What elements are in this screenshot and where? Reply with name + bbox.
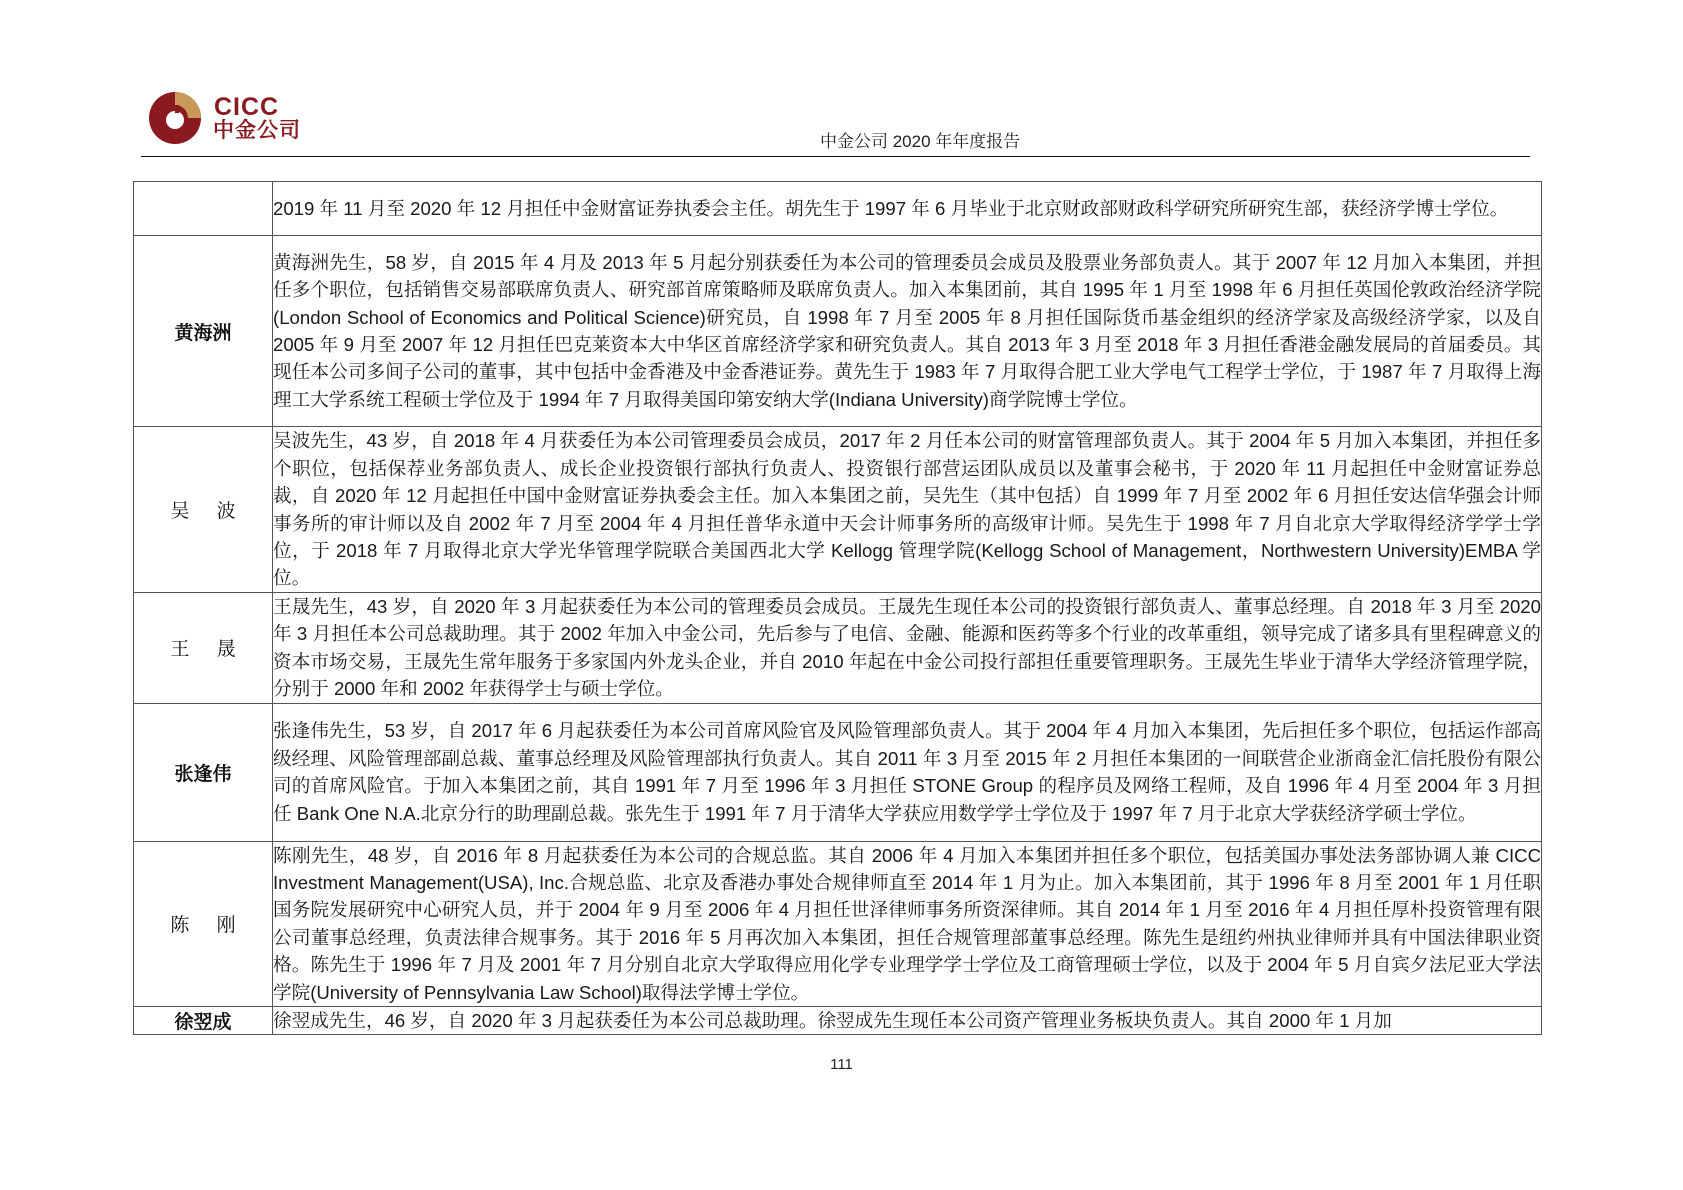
name-cell: 张逢伟 bbox=[134, 703, 273, 841]
table-row: 吴 波 吴波先生，43 岁，自 2018 年 4 月获委任为本公司管理委员会成员… bbox=[134, 427, 1542, 593]
bio-text-cell: 吴波先生，43 岁，自 2018 年 4 月获委任为本公司管理委员会成员，201… bbox=[273, 427, 1542, 593]
logo-text-cn: 中金公司 bbox=[213, 119, 301, 143]
name-cell: 陈 刚 bbox=[134, 841, 273, 1006]
name-cell bbox=[134, 182, 273, 236]
logo-text-en: CICC bbox=[214, 95, 279, 120]
page-number: 111 bbox=[0, 1056, 1683, 1073]
cicc-logo: CICC 中金公司 bbox=[148, 91, 308, 149]
table-row: 徐翌成 徐翌成先生，46 岁，自 2020 年 3 月起获委任为本公司总裁助理。… bbox=[134, 1007, 1542, 1035]
name-cell: 吴 波 bbox=[134, 427, 273, 593]
bio-text-cell: 徐翌成先生，46 岁，自 2020 年 3 月起获委任为本公司总裁助理。徐翌成先… bbox=[273, 1007, 1542, 1035]
cicc-logo-mark-icon bbox=[148, 91, 202, 145]
table-row: 2019 年 11 月至 2020 年 12 月担任中金财富证券执委会主任。胡先… bbox=[134, 182, 1542, 236]
name-cell: 王 晟 bbox=[134, 593, 273, 704]
table-row: 王 晟 王晟先生，43 岁，自 2020 年 3 月起获委任为本公司的管理委员会… bbox=[134, 593, 1542, 704]
bio-text-cell: 陈刚先生，48 岁，自 2016 年 8 月起获委任为本公司的合规总监。其自 2… bbox=[273, 841, 1542, 1006]
bio-text-cell: 张逢伟先生，53 岁，自 2017 年 6 月起获委任为本公司首席风险官及风险管… bbox=[273, 703, 1542, 841]
name-cell: 黄海洲 bbox=[134, 236, 273, 427]
name-cell: 徐翌成 bbox=[134, 1007, 273, 1035]
table-row: 张逢伟 张逢伟先生，53 岁，自 2017 年 6 月起获委任为本公司首席风险官… bbox=[134, 703, 1542, 841]
management-bio-table: 2019 年 11 月至 2020 年 12 月担任中金财富证券执委会主任。胡先… bbox=[133, 181, 1542, 1035]
table-row: 陈 刚 陈刚先生，48 岁，自 2016 年 8 月起获委任为本公司的合规总监。… bbox=[134, 841, 1542, 1006]
bio-text-cell: 黄海洲先生，58 岁，自 2015 年 4 月及 2013 年 5 月起分别获委… bbox=[273, 236, 1542, 427]
header-divider bbox=[141, 156, 1530, 157]
report-title: 中金公司 2020 年年度报告 bbox=[820, 132, 1020, 152]
bio-text-cell: 2019 年 11 月至 2020 年 12 月担任中金财富证券执委会主任。胡先… bbox=[273, 182, 1542, 236]
table-row: 黄海洲 黄海洲先生，58 岁，自 2015 年 4 月及 2013 年 5 月起… bbox=[134, 236, 1542, 427]
bio-text-cell: 王晟先生，43 岁，自 2020 年 3 月起获委任为本公司的管理委员会成员。王… bbox=[273, 593, 1542, 704]
